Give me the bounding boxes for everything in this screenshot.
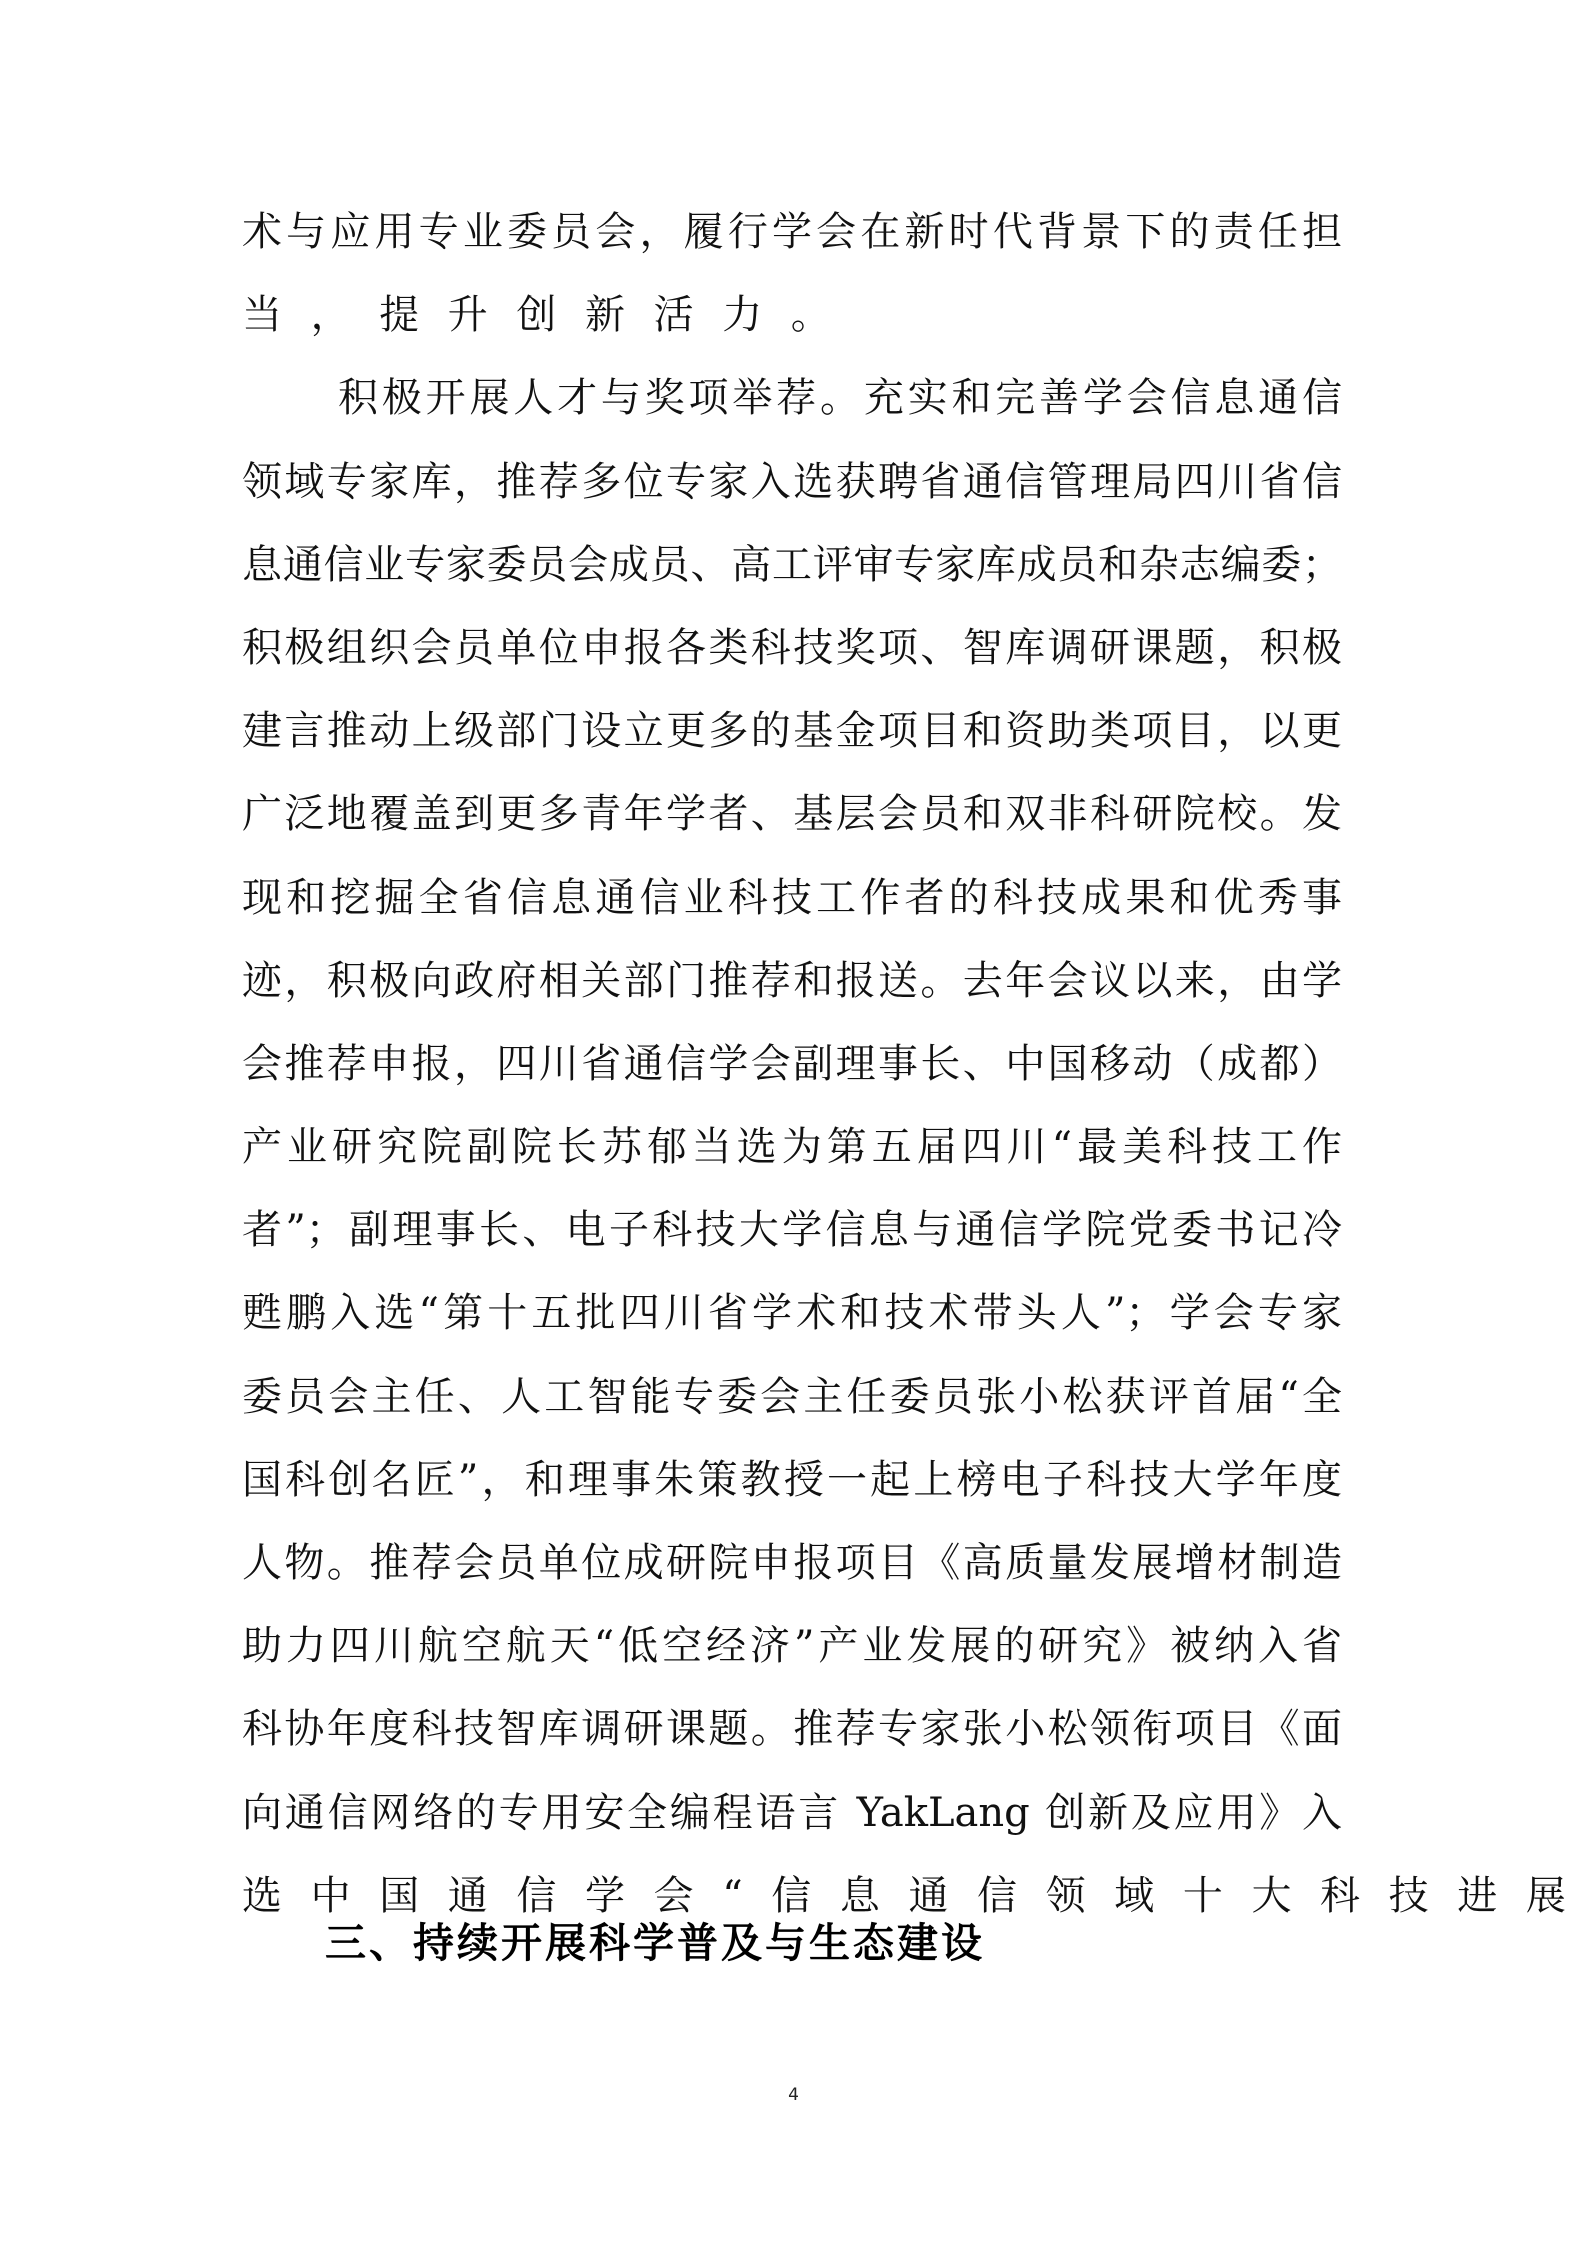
paragraph-line: 国科创名匠”，和理事朱策教授一起上榜电子科技大学年度: [242, 1454, 1342, 1537]
paragraph-line: 向通信网络的专用安全编程语言 YakLang 创新及应用》入: [242, 1787, 1342, 1870]
paragraph-line: 术与应用专业委员会，履行学会在新时代背景下的责任担: [242, 206, 1342, 289]
paragraph-line: 建言推动上级部门设立更多的基金项目和资助类项目，以更: [242, 705, 1342, 788]
paragraph-line: 迹，积极向政府相关部门推荐和报送。去年会议以来，由学: [242, 955, 1342, 1038]
paragraph-line: 产业研究院副院长苏郁当选为第五届四川“最美科技工作: [242, 1121, 1342, 1204]
paragraph-line: 会推荐申报，四川省通信学会副理事长、中国移动（成都）: [242, 1038, 1342, 1121]
paragraph-line: 积极组织会员单位申报各类科技奖项、智库调研课题，积极: [242, 622, 1342, 705]
paragraph-line: 助力四川航空航天“低空经济”产业发展的研究》被纳入省: [242, 1620, 1342, 1703]
paragraph-line: 委员会主任、人工智能专委会主任委员张小松获评首届“全: [242, 1371, 1342, 1454]
paragraph-line: 息通信业专家委员会成员、高工评审专家库成员和杂志编委；: [242, 539, 1342, 622]
paragraph-line: 者”；副理事长、电子科技大学信息与通信学院党委书记冷: [242, 1204, 1342, 1287]
paragraph-line: 积极开展人才与奖项举荐。充实和完善学会信息通信: [242, 372, 1342, 455]
section-heading: 三、持续开展科学普及与生态建设: [325, 1917, 985, 1969]
paragraph-line: 现和挖掘全省信息通信业科技工作者的科技成果和优秀事: [242, 872, 1342, 955]
document-page: 术与应用专业委员会，履行学会在新时代背景下的责任担 当，提升创新活力。 积极开展…: [0, 0, 1587, 2245]
paragraph-line: 甦鹏入选“第十五批四川省学术和技术带头人”；学会专家: [242, 1287, 1342, 1370]
page-number: 4: [0, 2085, 1587, 2105]
paragraph-line: 领域专家库，推荐多位专家入选获聘省通信管理局四川省信: [242, 456, 1342, 539]
paragraph-line: 科协年度科技智库调研课题。推荐专家张小松领衔项目《面: [242, 1703, 1342, 1786]
paragraph-line: 广泛地覆盖到更多青年学者、基层会员和双非科研院校。发: [242, 788, 1342, 871]
paragraph-line: 当，提升创新活力。: [242, 289, 1342, 372]
paragraph-line: 人物。推荐会员单位成研院申报项目《高质量发展增材制造: [242, 1537, 1342, 1620]
body-text: 术与应用专业委员会，履行学会在新时代背景下的责任担 当，提升创新活力。 积极开展…: [242, 206, 1342, 1953]
